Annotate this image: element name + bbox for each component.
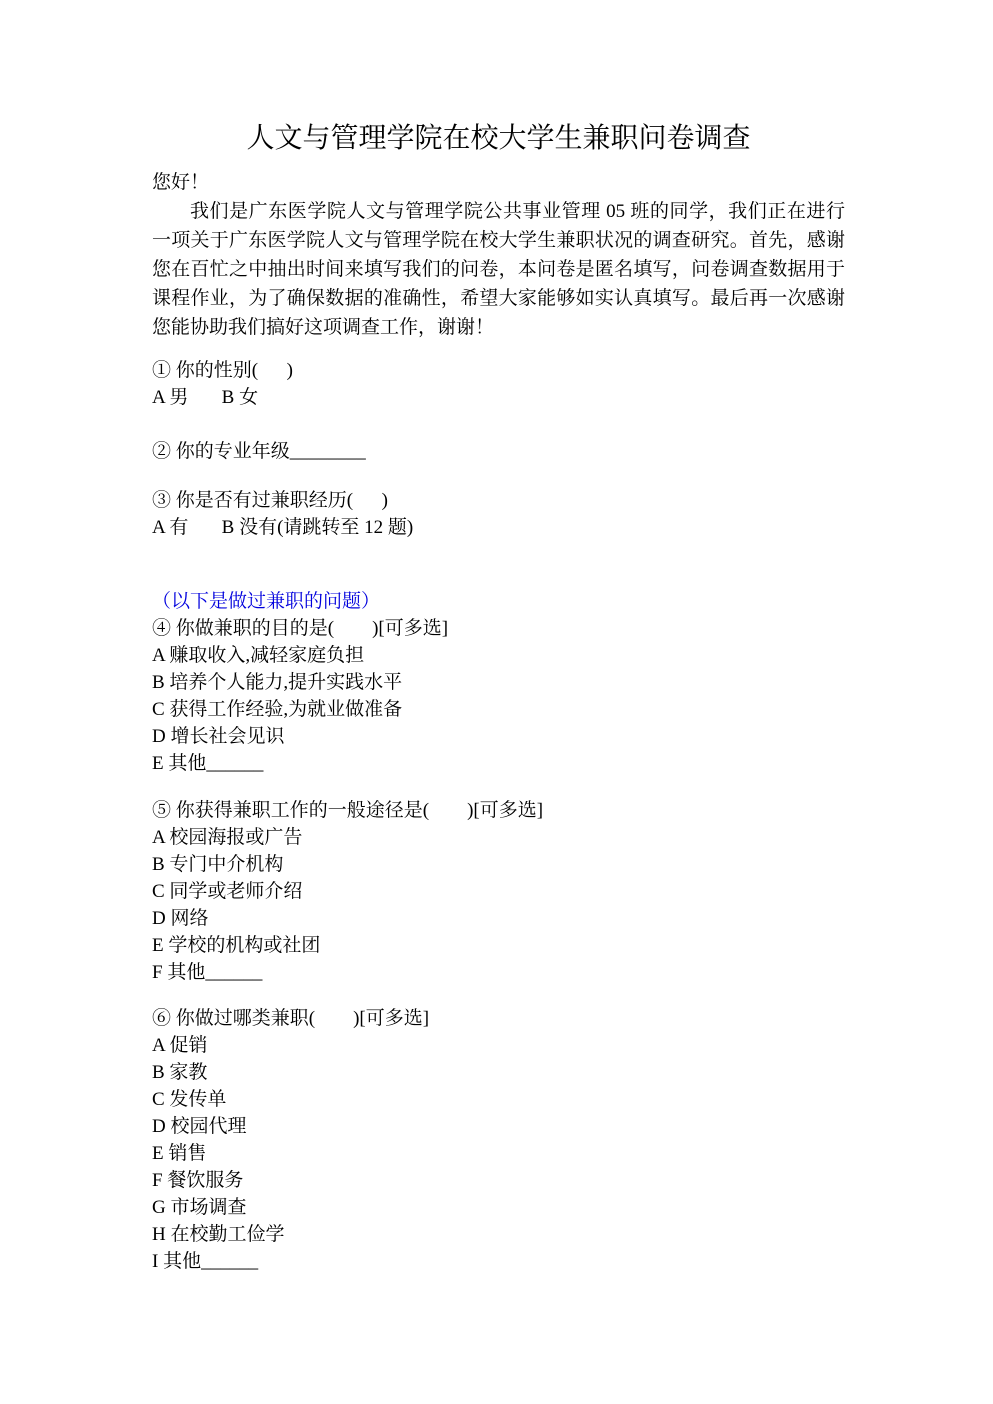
question-6-option-g: G 市场调查 <box>152 1194 845 1221</box>
question-5: ⑤ 你获得兼职工作的一般途径是( )[可多选] A 校园海报或广告 B 专门中介… <box>152 797 845 986</box>
question-6-option-d: D 校园代理 <box>152 1113 845 1140</box>
section-note: （以下是做过兼职的问题） <box>152 588 845 615</box>
question-5-option-f: F 其他______ <box>152 959 845 986</box>
question-5-title: ⑤ 你获得兼职工作的一般途径是( )[可多选] <box>152 797 845 824</box>
question-4-option-b: B 培养个人能力,提升实践水平 <box>152 669 845 696</box>
question-3: ③ 你是否有过兼职经历( ) A 有 B 没有(请跳转至 12 题) <box>152 487 845 541</box>
question-1: ① 你的性别( ) A 男 B 女 <box>152 357 845 411</box>
question-6-option-e: E 销售 <box>152 1140 845 1167</box>
greeting-text: 您好！ <box>152 168 845 197</box>
intro-paragraph: 我们是广东医学院人文与管理学院公共事业管理 05 班的同学，我们正在进行一项关于… <box>152 197 845 342</box>
questionnaire-document: 人文与管理学院在校大学生兼职问卷调查 您好！ 我们是广东医学院人文与管理学院公共… <box>0 0 993 1404</box>
question-5-option-b: B 专门中介机构 <box>152 851 845 878</box>
question-4-option-c: C 获得工作经验,为就业做准备 <box>152 696 845 723</box>
question-6: ⑥ 你做过哪类兼职( )[可多选] A 促销 B 家教 C 发传单 D 校园代理… <box>152 1005 845 1275</box>
question-6-option-f: F 餐饮服务 <box>152 1167 845 1194</box>
question-6-option-c: C 发传单 <box>152 1086 845 1113</box>
question-5-option-e: E 学校的机构或社团 <box>152 932 845 959</box>
question-6-option-i: I 其他______ <box>152 1248 845 1275</box>
question-6-option-h: H 在校勤工俭学 <box>152 1221 845 1248</box>
question-5-option-c: C 同学或老师介绍 <box>152 878 845 905</box>
question-6-option-a: A 促销 <box>152 1032 845 1059</box>
question-5-option-a: A 校园海报或广告 <box>152 824 845 851</box>
question-5-option-d: D 网络 <box>152 905 845 932</box>
question-6-option-b: B 家教 <box>152 1059 845 1086</box>
question-1-options: A 男 B 女 <box>152 384 845 411</box>
question-4-option-d: D 增长社会见识 <box>152 723 845 750</box>
question-3-options: A 有 B 没有(请跳转至 12 题) <box>152 514 845 541</box>
question-2-title: ② 你的专业年级________ <box>152 438 845 465</box>
question-4-option-a: A 赚取收入,减轻家庭负担 <box>152 642 845 669</box>
question-4: ④ 你做兼职的目的是( )[可多选] A 赚取收入,减轻家庭负担 B 培养个人能… <box>152 615 845 777</box>
question-3-title: ③ 你是否有过兼职经历( ) <box>152 487 845 514</box>
question-2: ② 你的专业年级________ <box>152 438 845 465</box>
question-4-title: ④ 你做兼职的目的是( )[可多选] <box>152 615 845 642</box>
document-title: 人文与管理学院在校大学生兼职问卷调查 <box>152 118 845 160</box>
question-1-title: ① 你的性别( ) <box>152 357 845 384</box>
question-6-title: ⑥ 你做过哪类兼职( )[可多选] <box>152 1005 845 1032</box>
question-4-option-e: E 其他______ <box>152 750 845 777</box>
